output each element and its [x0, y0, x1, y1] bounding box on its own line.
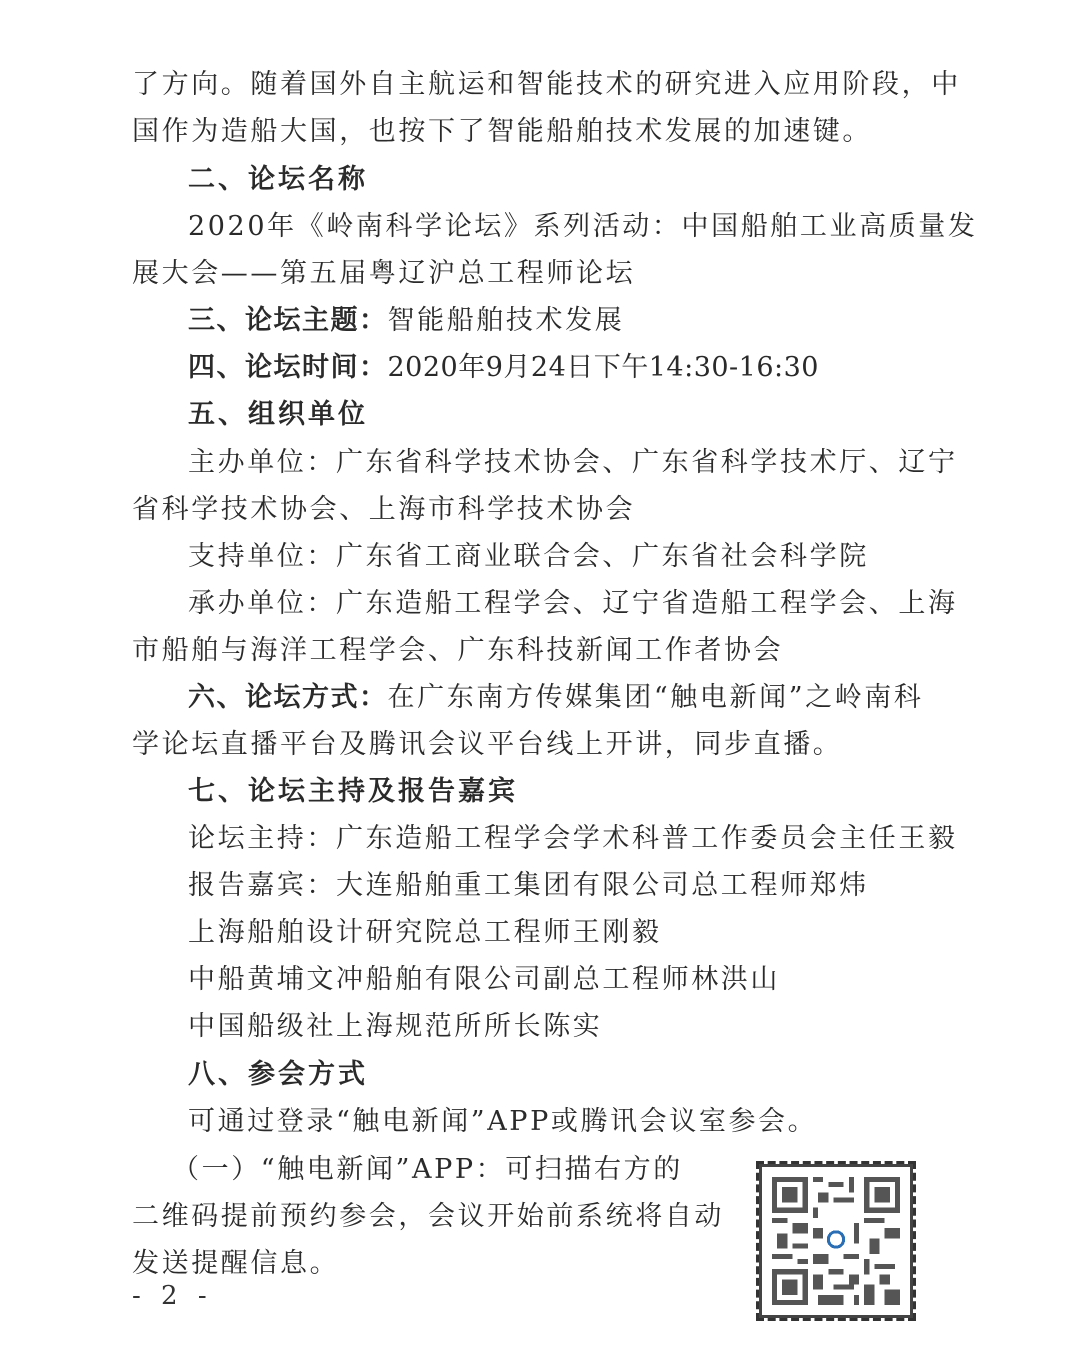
intro-line-2: 国作为造船大国，也按下了智能船舶技术发展的加速键。 [132, 114, 872, 150]
app-sub-line-3: 发送提醒信息。 [132, 1246, 339, 1282]
page-number: - 2 - [132, 1278, 213, 1314]
forum-name-line-1: 2020年《岭南科学论坛》系列活动：中国船舶工业高质量发 [188, 209, 978, 245]
section-4-value: 2020年9月24日下午14:30-16:30 [388, 352, 820, 383]
section-2-heading: 二、论坛名称 [188, 162, 368, 198]
section-3-label: 三、论坛主题： [188, 305, 388, 336]
forum-name-line-2: 展大会——第五届粤辽沪总工程师论坛 [132, 256, 635, 292]
organizer-units-line-1: 承办单位：广东造船工程学会、辽宁省造船工程学会、上海 [188, 586, 958, 622]
forum-host: 论坛主持：广东造船工程学会学术科普工作委员会主任王毅 [188, 821, 958, 857]
participation-line: 可通过登录“触电新闻”APP或腾讯会议室参会。 [188, 1104, 817, 1140]
app-sub-line-1: （一）“触电新闻”APP：可扫描右方的 [172, 1152, 683, 1188]
speaker-2: 上海船舶设计研究院总工程师王刚毅 [188, 915, 662, 951]
section-4-label: 四、论坛时间： [188, 352, 388, 383]
speaker-3: 中船黄埔文冲船舶有限公司副总工程师林洪山 [188, 962, 780, 998]
support-units: 支持单位：广东省工商业联合会、广东省社会科学院 [188, 539, 869, 575]
qr-code-icon[interactable] [756, 1161, 916, 1321]
section-6-label: 六、论坛方式： [188, 682, 388, 713]
section-6-format: 六、论坛方式：在广东南方传媒集团“触电新闻”之岭南科 [188, 680, 924, 716]
speaker-1: 报告嘉宾：大连船舶重工集团有限公司总工程师郑炜 [188, 868, 869, 904]
section-3-theme: 三、论坛主题：智能船舶技术发展 [188, 303, 624, 339]
host-units-line-2: 省科学技术协会、上海市科学技术协会 [132, 492, 635, 528]
section-6-value-2: 学论坛直播平台及腾讯会议平台线上开讲，同步直播。 [132, 727, 842, 763]
section-3-value: 智能船舶技术发展 [388, 305, 625, 336]
organizer-units-line-2: 市船舶与海洋工程学会、广东科技新闻工作者协会 [132, 633, 783, 669]
section-4-time: 四、论坛时间：2020年9月24日下午14:30-16:30 [188, 350, 819, 386]
app-sub-line-2: 二维码提前预约参会，会议开始前系统将自动 [132, 1199, 724, 1235]
section-8-heading: 八、参会方式 [188, 1057, 368, 1093]
section-6-value-1: 在广东南方传媒集团“触电新闻”之岭南科 [388, 682, 924, 713]
section-7-heading: 七、论坛主持及报告嘉宾 [188, 774, 518, 810]
host-units-line-1: 主办单位：广东省科学技术协会、广东省科学技术厅、辽宁 [188, 445, 958, 481]
document-page: 了方向。随着国外自主航运和智能技术的研究进入应用阶段，中 国作为造船大国，也按下… [0, 0, 1080, 1367]
speaker-4: 中国船级社上海规范所所长陈实 [188, 1009, 602, 1045]
intro-line-1: 了方向。随着国外自主航运和智能技术的研究进入应用阶段，中 [132, 67, 961, 103]
section-5-heading: 五、组织单位 [188, 397, 368, 433]
